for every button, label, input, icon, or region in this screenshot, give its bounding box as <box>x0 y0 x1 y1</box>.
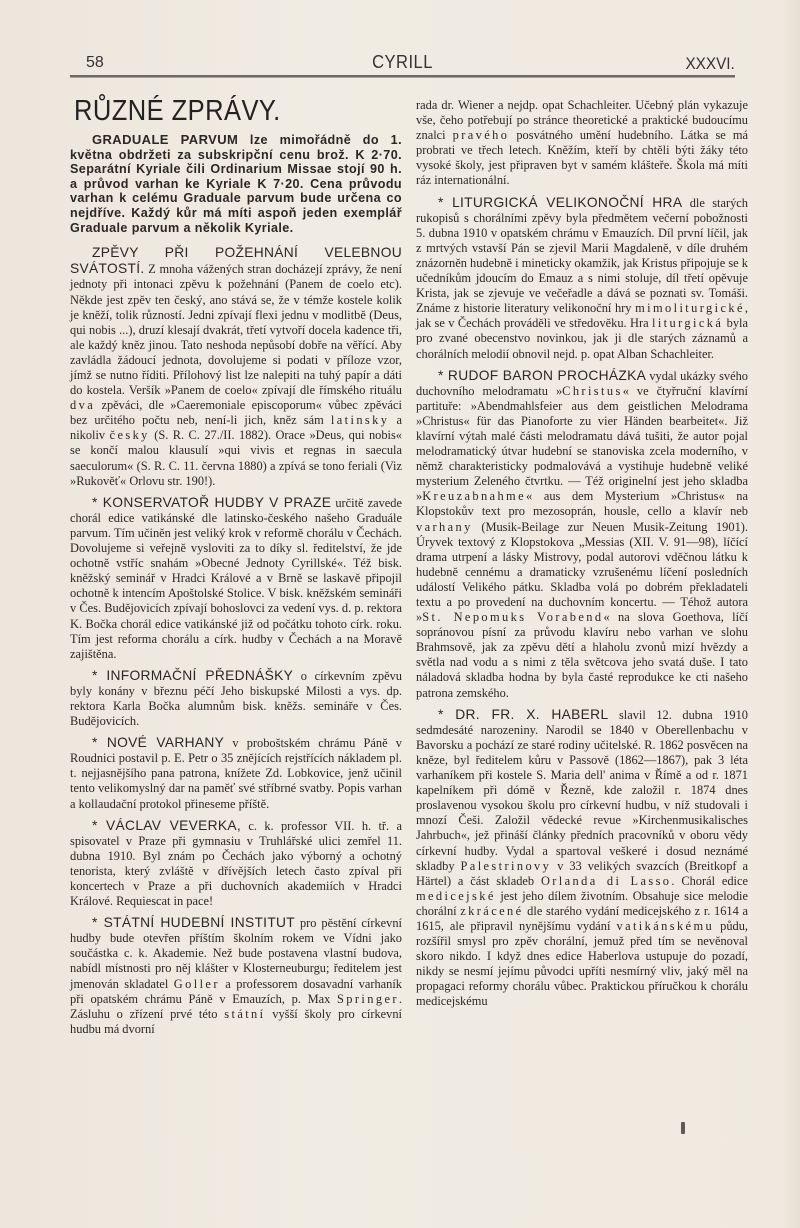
spaced-emphasis: Goller <box>174 977 220 991</box>
article-prochazka: * RUDOF BARON PROCHÁZKA vydal ukázky své… <box>416 368 748 701</box>
spaced-emphasis: medicejské <box>416 889 496 903</box>
article-text: určitě zavede chorál edice vatikánské dl… <box>70 496 402 661</box>
spaced-emphasis: vatikánskému <box>616 919 714 933</box>
article-institut: * STÁTNÍ HUDEBNÍ INSTITUT pro pěstění cí… <box>70 915 402 1037</box>
institut-continuation: rada dr. Wiener a nejdp. opat Schachleit… <box>416 98 748 189</box>
article-varhany: * NOVÉ VARHANY v proboštském chrámu Páně… <box>70 735 402 811</box>
spaced-emphasis: Christus <box>562 384 623 398</box>
page-spine-shadow <box>782 0 800 1228</box>
spaced-emphasis: pravého <box>453 128 510 142</box>
spaced-emphasis: dva <box>70 398 95 412</box>
spaced-emphasis: varhany <box>416 520 473 534</box>
article-lead: * INFORMAČNÍ PŘEDNÁŠKY <box>92 668 293 683</box>
volume-number: XXXVI. <box>686 54 735 74</box>
article-lead: * VÁCLAV VEVERKA, <box>92 818 241 833</box>
journal-title: CYRILL <box>97 52 709 73</box>
graduale-notice: GRADUALE PARVUM lze mimořádně do 1. květ… <box>70 133 402 235</box>
spaced-emphasis: Orlanda di Lasso <box>541 874 671 888</box>
spaced-emphasis: St. Nepomuks Vorabend <box>422 610 603 624</box>
spaced-emphasis: Palestrinovy <box>461 859 552 873</box>
article-prednasky: * INFORMAČNÍ PŘEDNÁŠKY o církevním zpěvu… <box>70 668 402 729</box>
spaced-emphasis: mimoliturgické <box>635 301 745 315</box>
article-text: (Musik-Beilage zur Neuen Musik-Zeitung 1… <box>416 520 748 625</box>
spaced-emphasis: česky <box>110 428 150 442</box>
article-lead: * NOVÉ VARHANY <box>92 735 224 750</box>
spaced-emphasis: státní <box>224 1007 265 1021</box>
article-text: . Chorál edice <box>671 874 748 888</box>
journal-page: 58 CYRILL XXXVI. RŮZNÉ ZPRÁVY. GRADUALE … <box>0 0 800 1228</box>
spaced-emphasis: Springer <box>337 992 399 1006</box>
article-lead: * DR. FR. X. HABERL <box>438 707 608 722</box>
right-column: rada dr. Wiener a nejdp. opat Schachleit… <box>416 98 748 1016</box>
article-text: dle starých rukopisů s chorálními zpěvy … <box>416 196 748 316</box>
spaced-emphasis: liturgická <box>652 316 723 330</box>
header-rule <box>70 75 735 78</box>
article-zpevy: ZPĚVY PŘI POŽEHNÁNÍ VELEBNOU SVÁTOSTÍ. Z… <box>70 245 402 489</box>
article-text: slavil 12. dubna 1910 sedmdesáté narozen… <box>416 708 748 873</box>
notice-lead: GRADUALE PARVUM <box>92 132 238 147</box>
article-lead: * LITURGICKÁ VELIKONOČNÍ HRA <box>438 195 682 210</box>
left-column: RŮZNÉ ZPRÁVY. GRADUALE PARVUM lze mimořá… <box>70 96 402 1043</box>
article-text: Z mnoha vážených stran docházejí zprávy,… <box>70 262 402 397</box>
spaced-emphasis: zkrácené <box>460 904 523 918</box>
running-header: 58 CYRILL XXXVI. <box>70 52 735 76</box>
article-text: « ve čtyřruční klavírní partituře: »Aben… <box>416 384 748 504</box>
article-veverka: * VÁCLAV VEVERKA, c. k. professor VII. h… <box>70 818 402 910</box>
article-lead: * KONSERVATOŘ HUDBY V PRAZE <box>92 495 331 510</box>
printer-signature-mark <box>681 1122 685 1134</box>
spaced-emphasis: Kreuzabnahme <box>422 489 526 503</box>
article-haberl: * DR. FR. X. HABERL slavil 12. dubna 191… <box>416 707 748 1010</box>
spaced-emphasis: latinsky <box>331 413 389 427</box>
article-konservator: * KONSERVATOŘ HUDBY V PRAZE určitě zaved… <box>70 495 402 662</box>
section-title: RŮZNÉ ZPRÁVY. <box>74 104 363 119</box>
article-velikonocni-hra: * LITURGICKÁ VELIKONOČNÍ HRA dle starých… <box>416 195 748 362</box>
article-lead: * RUDOF BARON PROCHÁZKA <box>438 368 646 383</box>
notice-text: lze mimořádně do 1. května obdržeti za s… <box>70 133 402 235</box>
article-lead: * STÁTNÍ HUDEBNÍ INSTITUT <box>92 915 295 930</box>
